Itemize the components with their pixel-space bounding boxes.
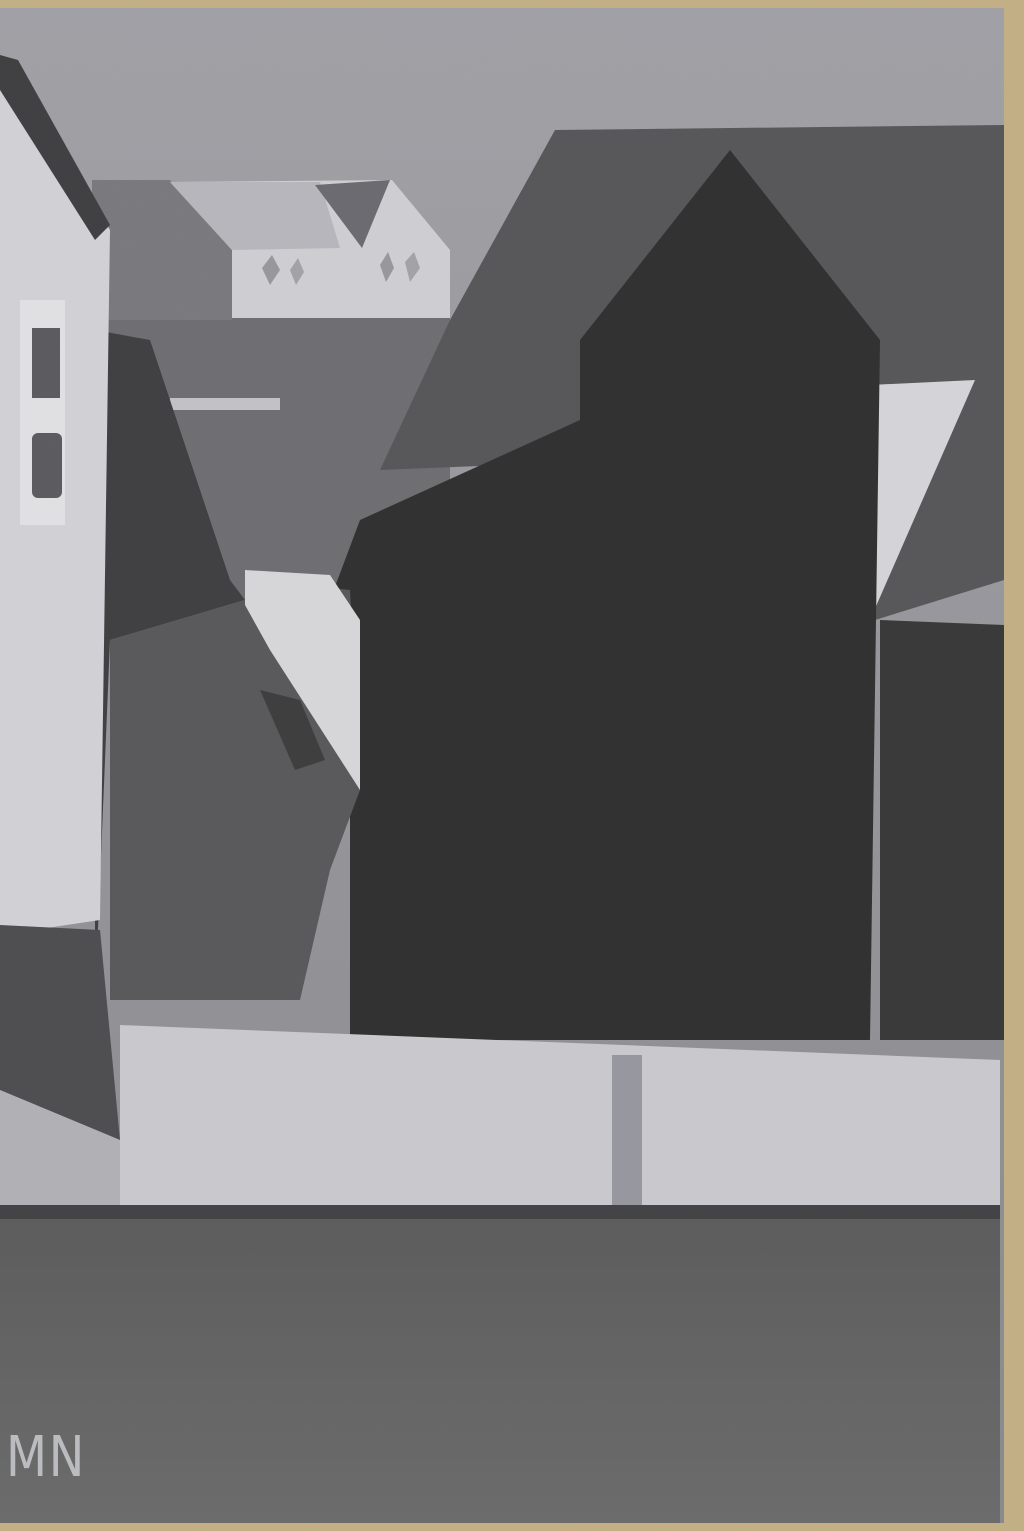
painting-scene: [0, 0, 1024, 1531]
painting-canvas: MN Monochrome painting of houses and bar…: [0, 0, 1024, 1531]
artist-signature: MN: [6, 1425, 86, 1490]
